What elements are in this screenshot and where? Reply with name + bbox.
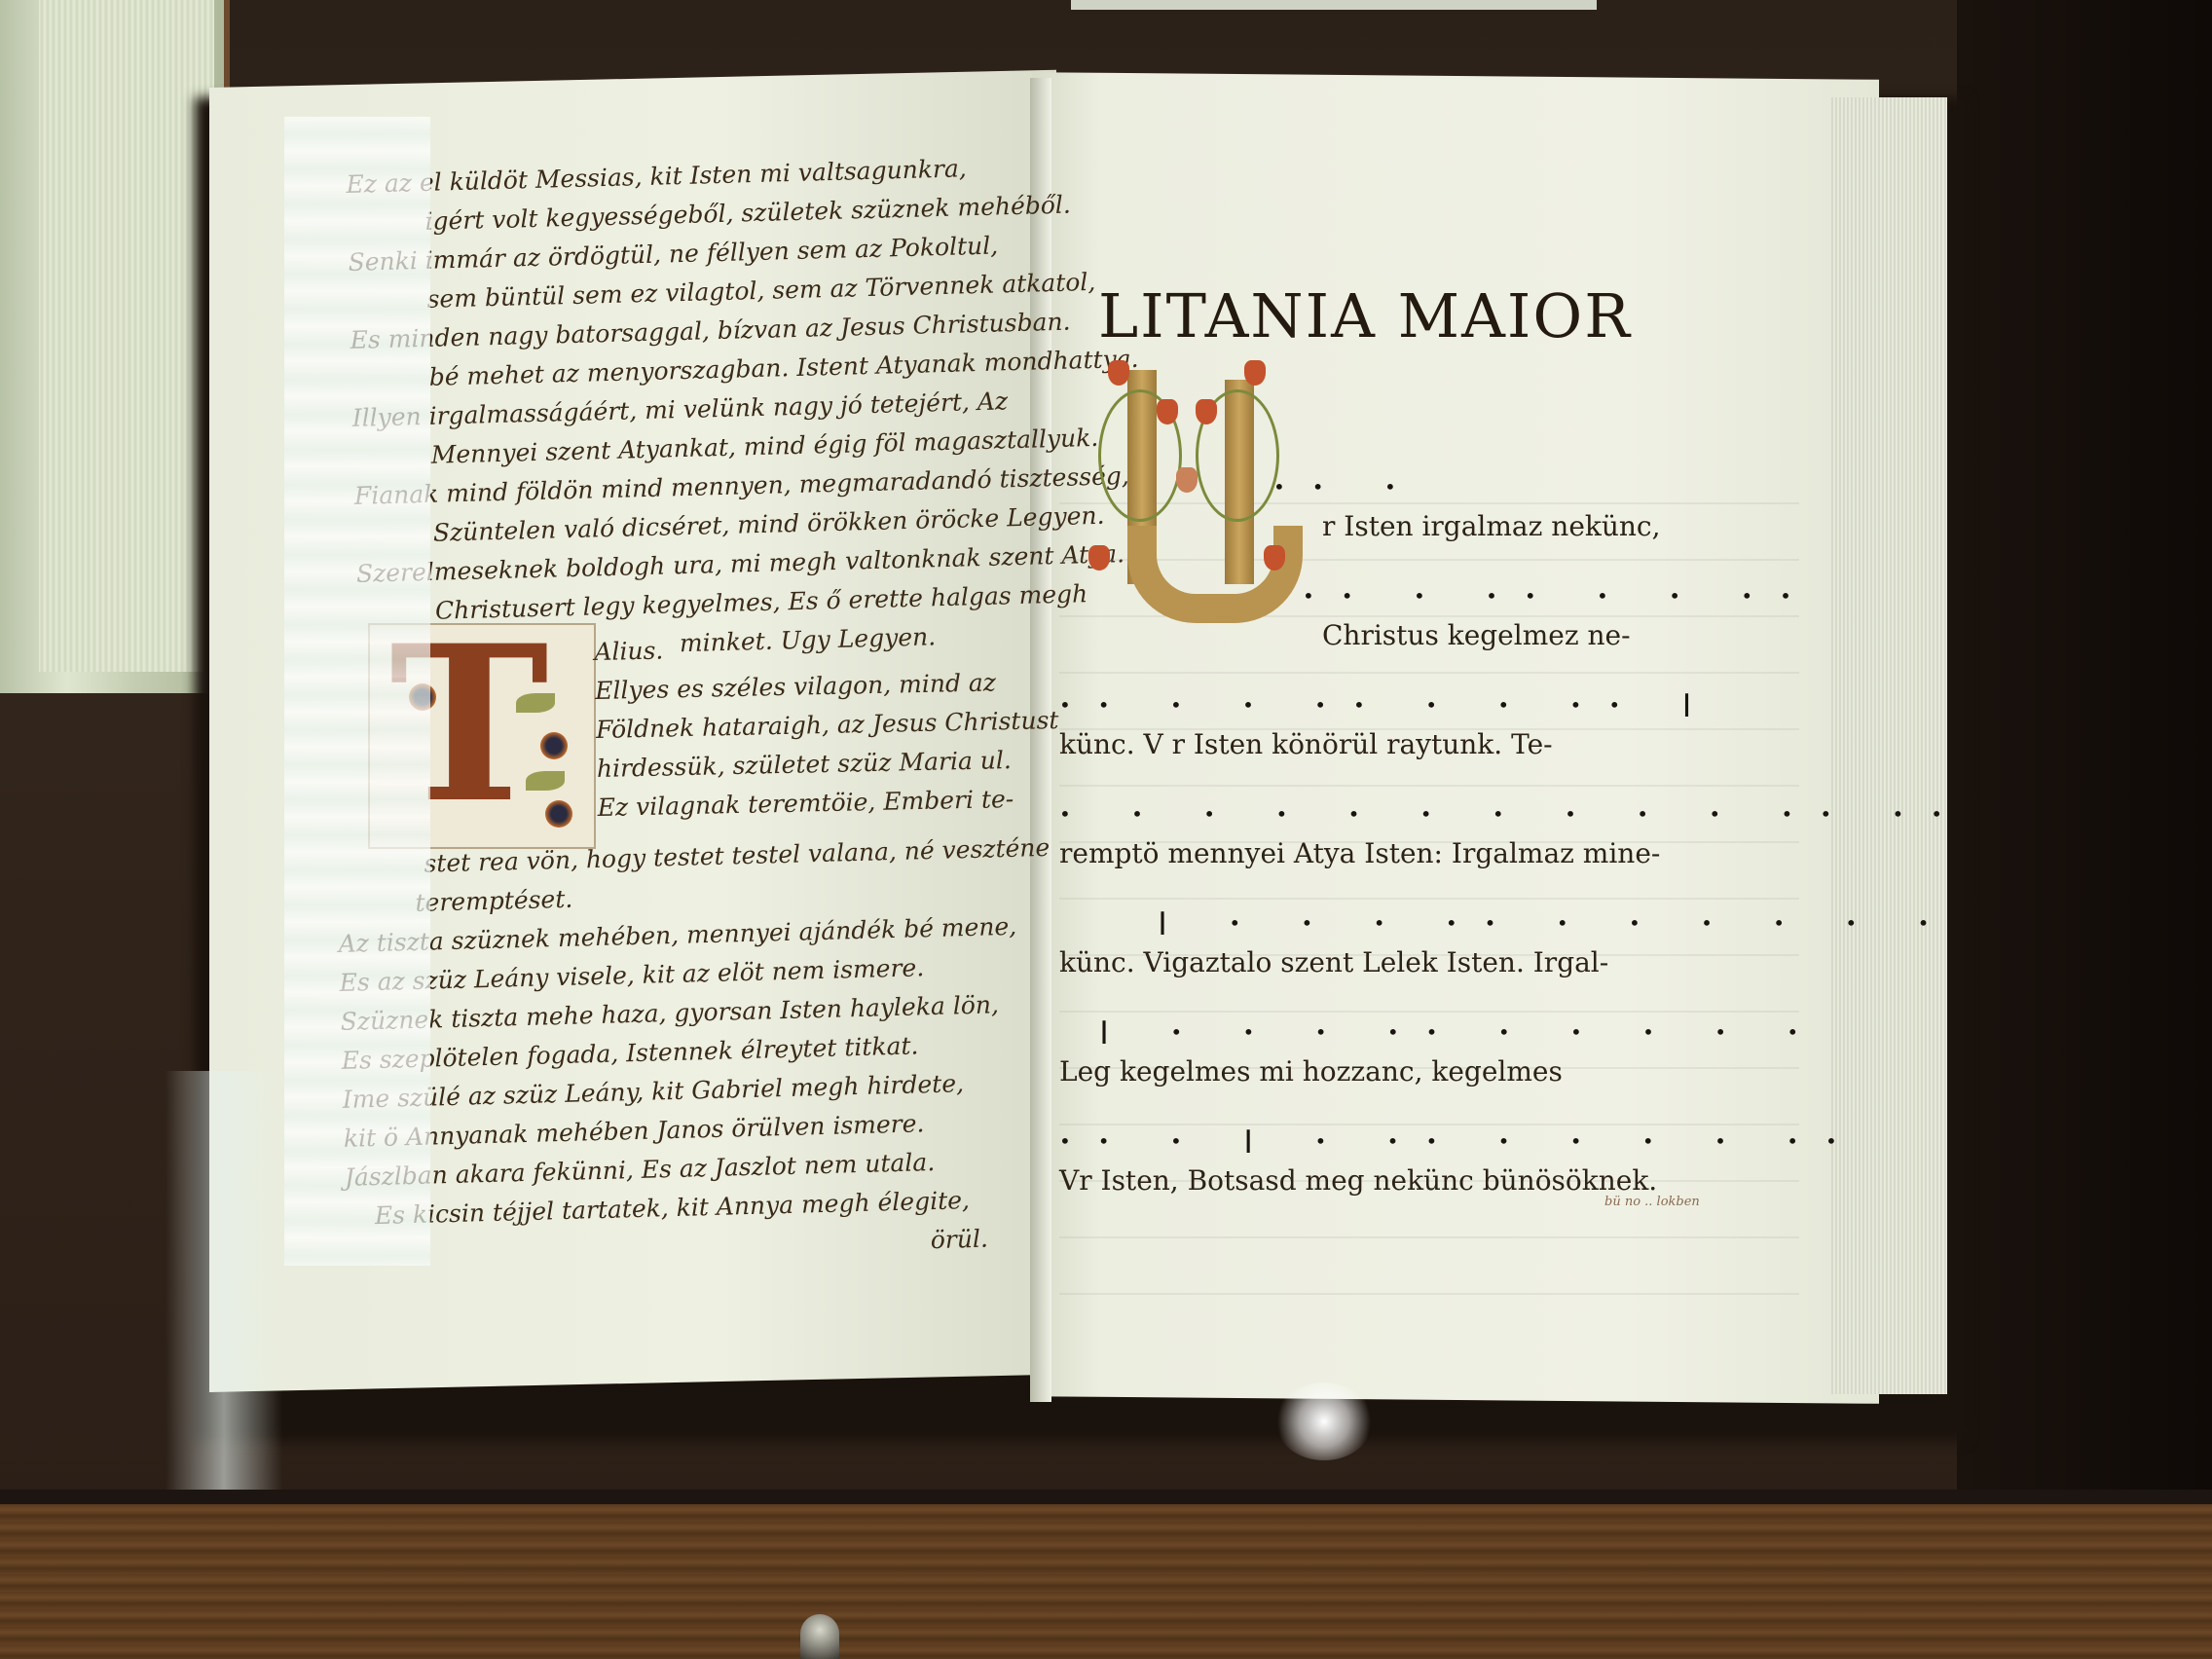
chant-line: künc. V r Isten könörül raytunk. Te- xyxy=(1059,724,1799,765)
alius-hymn-block: Alius. Ellyes es széles vilagon, mind az… xyxy=(594,623,1046,828)
neume-row: •• • xyxy=(1059,467,1799,506)
chant-line: remptö mennyei Atya Isten: Irgalmaz mine… xyxy=(1059,833,1799,874)
page-block-edge xyxy=(1830,97,1947,1394)
litany-chant: •• • r Isten irgalmaz nekünc, •• • •• • … xyxy=(1059,467,1799,1201)
chant-line: Christus kegelmez ne- xyxy=(1059,615,1799,656)
chant-line: r Isten irgalmaz nekünc, xyxy=(1059,506,1799,547)
neume-row: •• • ┃ • •• • • • • •• xyxy=(1059,1122,1799,1161)
neume-row: •• • •• • • •• xyxy=(1059,576,1799,615)
left-page-lower-text: stet rea vön, hogy testet testel valana,… xyxy=(336,829,1067,1275)
chant-line: künc. Vigaztalo szent Lelek Isten. Irgal… xyxy=(1059,942,1799,983)
red-flower-icon xyxy=(1157,399,1178,424)
leaf-ornament-icon xyxy=(516,693,555,713)
adjacent-book-page-edges xyxy=(39,0,214,672)
glass-reflection xyxy=(166,1071,282,1519)
flash-glare xyxy=(1275,1382,1373,1460)
neume-row: • • • • • • • • • • •• •• xyxy=(1059,794,1799,833)
red-flower-icon xyxy=(1244,360,1266,386)
neume-row: ┃ • • • •• • • • • • • xyxy=(1059,903,1799,942)
case-lock-knob xyxy=(800,1614,839,1659)
glass-reflection xyxy=(284,117,430,1266)
display-case-right-wall xyxy=(1957,0,2212,1519)
chant-line: Leg kegelmes mi hozzanc, kegelmes xyxy=(1059,1051,1799,1092)
page-title: LITANIA MAIOR xyxy=(1098,280,1632,351)
wooden-shelf xyxy=(0,1504,2212,1659)
label-frame-edge xyxy=(1071,0,1597,10)
flower-ornament-icon xyxy=(540,732,568,759)
left-page-hymn-text: Ez az el küldöt Messias, kit Isten mi va… xyxy=(346,147,1059,672)
neume-row: ┃ • • • •• • • • • • xyxy=(1059,1013,1799,1051)
red-flower-icon xyxy=(1108,360,1129,386)
leaf-ornament-icon xyxy=(526,771,565,791)
neume-row: •• • • •• • • •• ┃ xyxy=(1059,685,1799,724)
red-flower-icon xyxy=(1196,399,1217,424)
flower-ornament-icon xyxy=(545,800,572,828)
marginal-note: bü no .. lokben xyxy=(1604,1195,1700,1209)
